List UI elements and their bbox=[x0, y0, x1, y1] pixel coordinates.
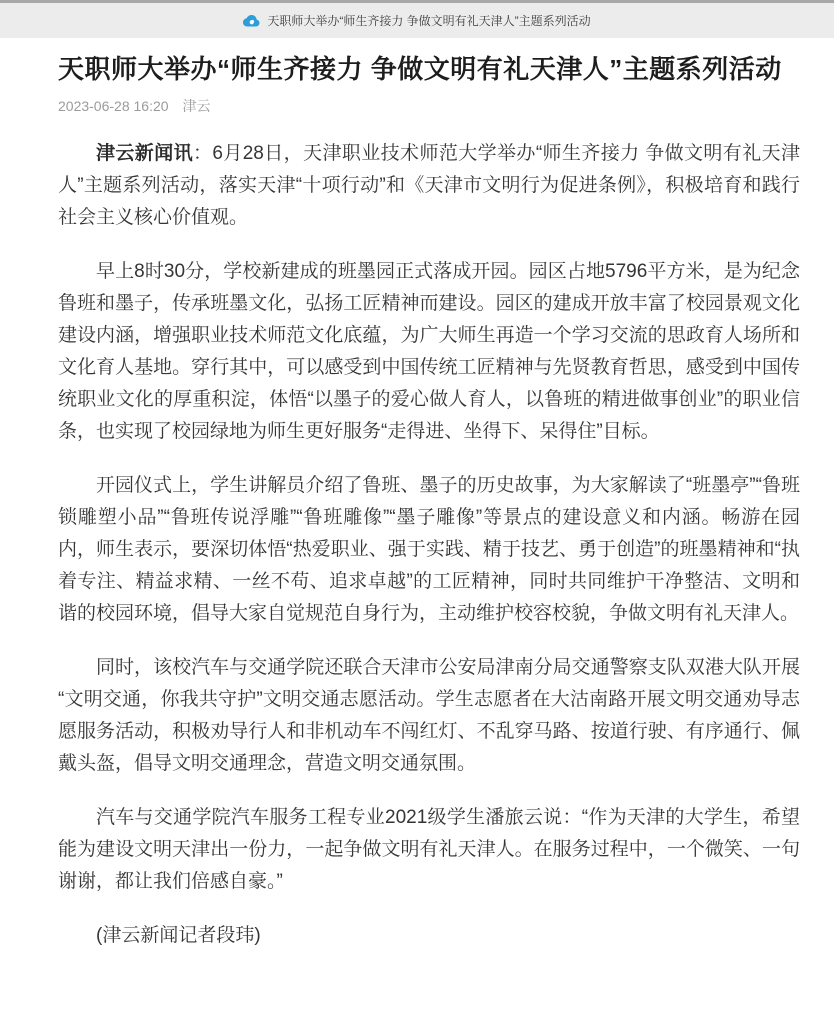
page: 天职师大举办“师生齐接力 争做文明有礼天津人”主题系列活动 天职师大举办“师生齐… bbox=[0, 0, 834, 1032]
lead-source-label: 津云新闻讯 bbox=[96, 143, 193, 164]
article-date: 2023-06-28 16:20 bbox=[58, 98, 169, 114]
article-byline: (津云新闻记者段玮) bbox=[58, 920, 800, 952]
paragraph: 早上8时30分，学校新建成的班墨园正式落成开园。园区占地5796平方米，是为纪念… bbox=[58, 256, 800, 448]
paragraph-lead: 津云新闻讯：6月28日，天津职业技术师范大学举办“师生齐接力 争做文明有礼天津人… bbox=[58, 138, 800, 234]
jinyun-cloud-logo-icon bbox=[243, 14, 260, 28]
paragraph: 同时，该校汽车与交通学院还联合天津市公安局津南分局交通警察支队双港大队开展“文明… bbox=[58, 652, 800, 780]
topbar-page-title: 天职师大举办“师生齐接力 争做文明有礼天津人”主题系列活动 bbox=[267, 12, 590, 29]
article-container: 天职师大举办“师生齐接力 争做文明有礼天津人”主题系列活动 2023-06-28… bbox=[0, 38, 834, 952]
top-header-bar: 天职师大举办“师生齐接力 争做文明有礼天津人”主题系列活动 bbox=[0, 0, 834, 38]
article-source: 津云 bbox=[183, 98, 211, 114]
paragraph: 汽车与交通学院汽车服务工程专业2021级学生潘旅云说：“作为天津的大学生，希望能… bbox=[58, 802, 800, 898]
paragraph: 开园仪式上，学生讲解员介绍了鲁班、墨子的历史故事，为大家解读了“班墨亭”“鲁班锁… bbox=[58, 470, 800, 630]
article-meta: 2023-06-28 16:20津云 bbox=[58, 96, 800, 116]
page-title: 天职师大举办“师生齐接力 争做文明有礼天津人”主题系列活动 bbox=[58, 52, 800, 86]
article-body: 津云新闻讯：6月28日，天津职业技术师范大学举办“师生齐接力 争做文明有礼天津人… bbox=[58, 138, 800, 952]
